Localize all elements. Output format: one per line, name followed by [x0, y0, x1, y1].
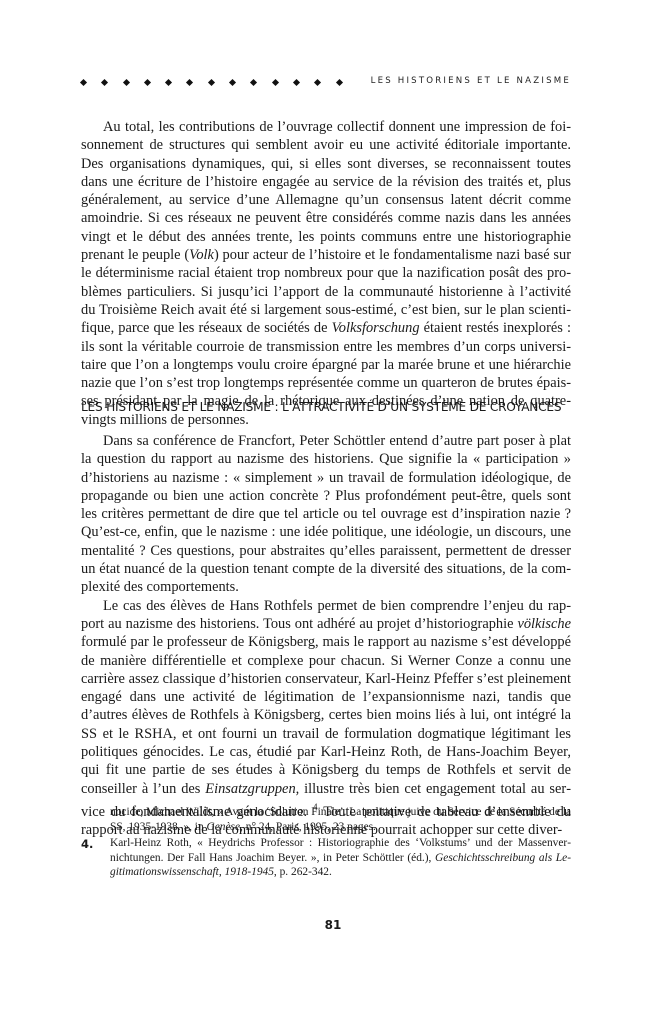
diamond-icon — [124, 79, 145, 89]
footnotes: nocide, Michael Wildt, « Avant la ‘Solut… — [81, 805, 571, 882]
diamond-icon — [102, 79, 123, 89]
footnote-number: 4. — [81, 837, 93, 852]
diamond-icon — [273, 79, 294, 89]
diamond-icon — [145, 79, 166, 89]
diamond-icon — [337, 79, 358, 89]
diamond-icon — [166, 79, 187, 89]
diamond-icon — [187, 79, 208, 89]
diamond-ornament-row — [81, 79, 358, 89]
paragraph: Le cas des élèves de Hans Rothfels perme… — [81, 597, 571, 840]
diamond-icon — [209, 79, 230, 89]
footnote: 4.Karl-Heinz Roth, « Heydrichs Professor… — [81, 836, 571, 880]
section-heading: LES HISTORIENS ET LE NAZISME : L’ATTRACT… — [81, 400, 581, 414]
diamond-icon — [251, 79, 272, 89]
body-text-section-1: Au total, les contributions de l’ouvrage… — [81, 118, 571, 429]
diamond-icon — [294, 79, 315, 89]
running-title: LES HISTORIENS ET LE NAZISME — [371, 76, 571, 86]
diamond-icon — [230, 79, 251, 89]
diamond-icon — [81, 79, 102, 89]
paragraph: Au total, les contributions de l’ouvrage… — [81, 118, 571, 429]
page-number: 81 — [81, 918, 571, 932]
running-head: LES HISTORIENS ET LE NAZISME — [81, 76, 571, 92]
paragraph: Dans sa conférence de Francfort, Peter S… — [81, 432, 571, 597]
footnote: nocide, Michael Wildt, « Avant la ‘Solut… — [81, 805, 571, 834]
body-text-section-2: Dans sa conférence de Francfort, Peter S… — [81, 432, 571, 839]
diamond-icon — [315, 79, 336, 89]
